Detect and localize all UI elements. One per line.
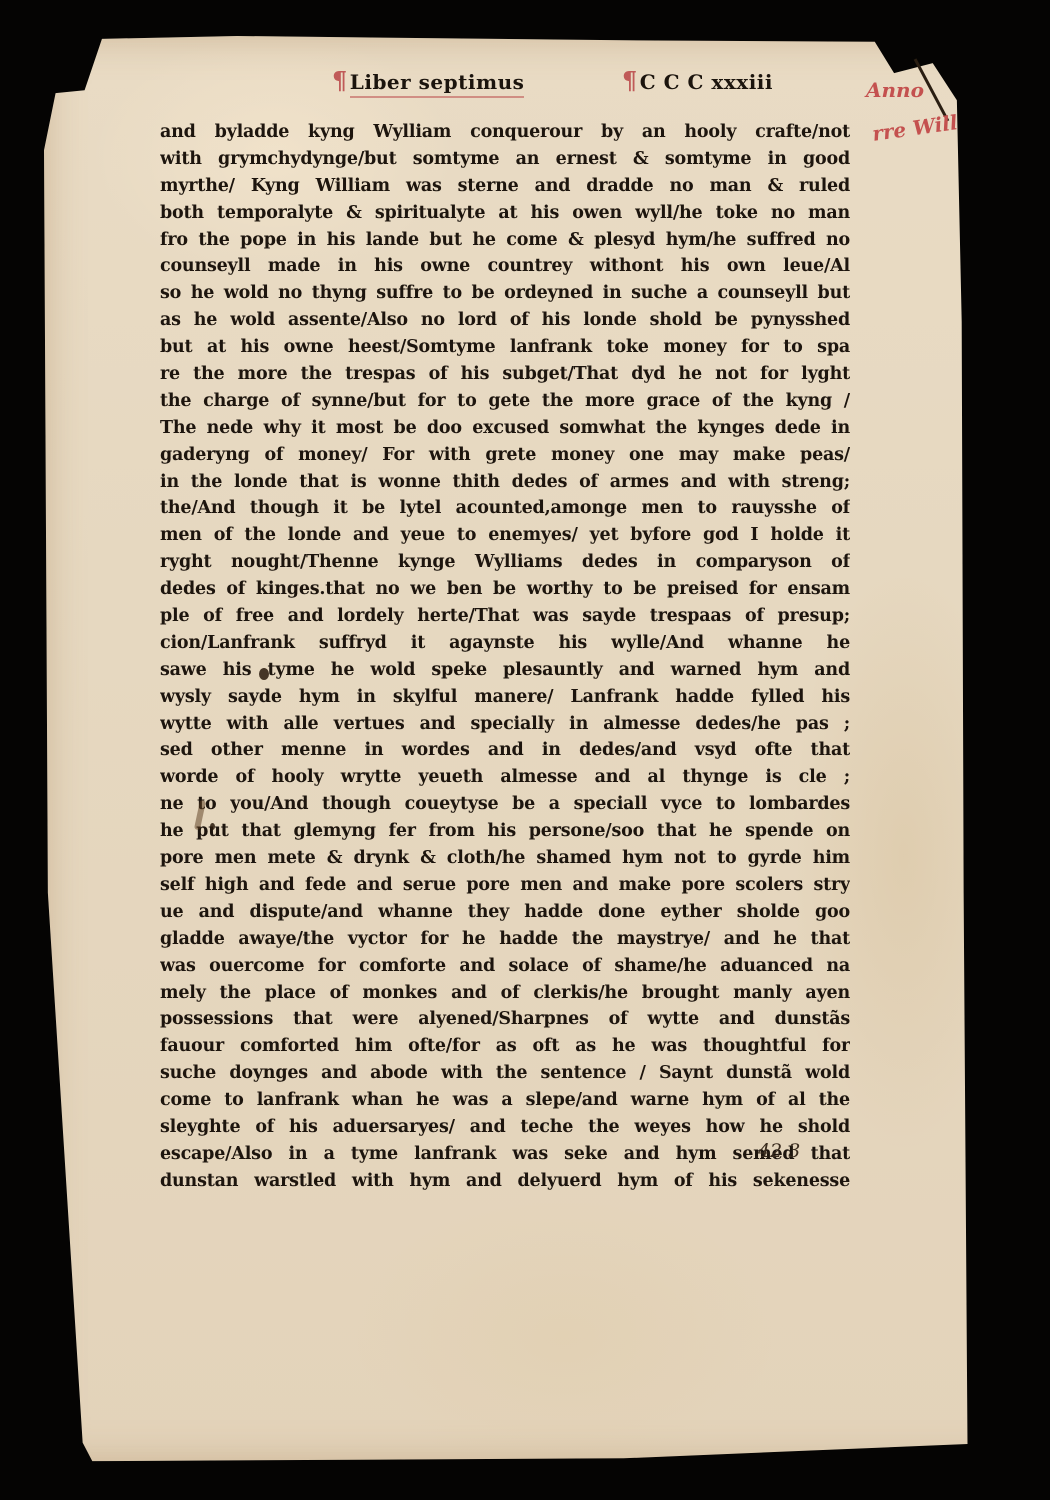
text-line: ple of free and lordely herte/That was s… [160, 603, 850, 630]
text-line: myrthe/ Kyng William was sterne and drad… [160, 173, 850, 200]
text-line: was ouercome for comforte and solace of … [160, 953, 850, 980]
ink-stain [210, 823, 215, 830]
text-line: gaderyng of money/ For with grete money … [160, 442, 850, 469]
text-line: in the londe that is wonne thith dedes o… [160, 469, 850, 496]
text-line: cion/Lanfrank suffryd it agaynste his wy… [160, 630, 850, 657]
text-line: ne to you/And though coueytyse be a spec… [160, 791, 850, 818]
text-line: both temporalyte & spiritualyte at his o… [160, 200, 850, 227]
text-line: counseyll made in his owne countrey with… [160, 253, 850, 280]
text-line: mely the place of monkes and of clerkis/… [160, 980, 850, 1007]
folio-number: 42 3 [758, 1140, 800, 1162]
text-line: worde of hooly wrytte yeueth almesse and… [160, 764, 850, 791]
text-line: The nede why it most be doo excused somw… [160, 415, 850, 442]
text-line: fauour comforted him ofte/for as oft as … [160, 1033, 850, 1060]
text-line: dunstan warstled with hym and delyuerd h… [160, 1168, 850, 1195]
running-head-right: ¶C C C xxxiii [622, 66, 773, 95]
text-line: re the more the trespas of his subget/Th… [160, 361, 850, 388]
text-line: ue and dispute/and whanne they hadde don… [160, 899, 850, 926]
text-line: suche doynges and abode with the sentenc… [160, 1060, 850, 1087]
marginal-note: Anno [866, 78, 924, 102]
text-line: gladde awaye/the vyctor for he hadde the… [160, 926, 850, 953]
text-line: the/And though it be lytel acounted,amon… [160, 495, 850, 522]
text-line: ryght nought/Thenne kynge Wylliams dedes… [160, 549, 850, 576]
text-line: fro the pope in his lande but he come & … [160, 227, 850, 254]
text-line: sleyghte of his aduersaryes/ and teche t… [160, 1114, 850, 1141]
text-line: pore men mete & drynk & cloth/he shamed … [160, 845, 850, 872]
text-line: wytte with alle vertues and specially in… [160, 711, 850, 738]
text-line: escape/Also in a tyme lanfrank was seke … [160, 1141, 850, 1168]
ink-stain [259, 668, 269, 680]
book-title: Liber septimus [350, 70, 525, 98]
pilcrow-icon: ¶ [332, 66, 348, 95]
text-line: but at his owne heest/Somtyme lanfrank t… [160, 334, 850, 361]
text-line: so he wold no thyng suffre to be ordeyne… [160, 280, 850, 307]
text-line: men of the londe and yeue to enemyes/ ye… [160, 522, 850, 549]
text-line: as he wold assente/Also no lord of his l… [160, 307, 850, 334]
text-line: the charge of synne/but for to gete the … [160, 388, 850, 415]
body-text: and byladde kyng Wylliam conquerour by a… [160, 119, 850, 1195]
text-line: he put that glemyng fer from his persone… [160, 818, 850, 845]
running-head-left: ¶Liber septimus [332, 66, 524, 95]
text-line: wysly sayde hym in skylful manere/ Lanfr… [160, 684, 850, 711]
text-line: self high and fede and serue pore men an… [160, 872, 850, 899]
pilcrow-icon: ¶ [622, 66, 638, 95]
text-line: sed other menne in wordes and in dedes/a… [160, 737, 850, 764]
text-line: dedes of kinges.that no we ben be worthy… [160, 576, 850, 603]
text-line: with grymchydynge/but somtyme an ernest … [160, 146, 850, 173]
text-line: come to lanfrank whan he was a slepe/and… [160, 1087, 850, 1114]
leaf-number: C C C xxxiii [640, 70, 773, 94]
text-line: and byladde kyng Wylliam conquerour by a… [160, 119, 850, 146]
text-line: possessions that were alyened/Sharpnes o… [160, 1006, 850, 1033]
